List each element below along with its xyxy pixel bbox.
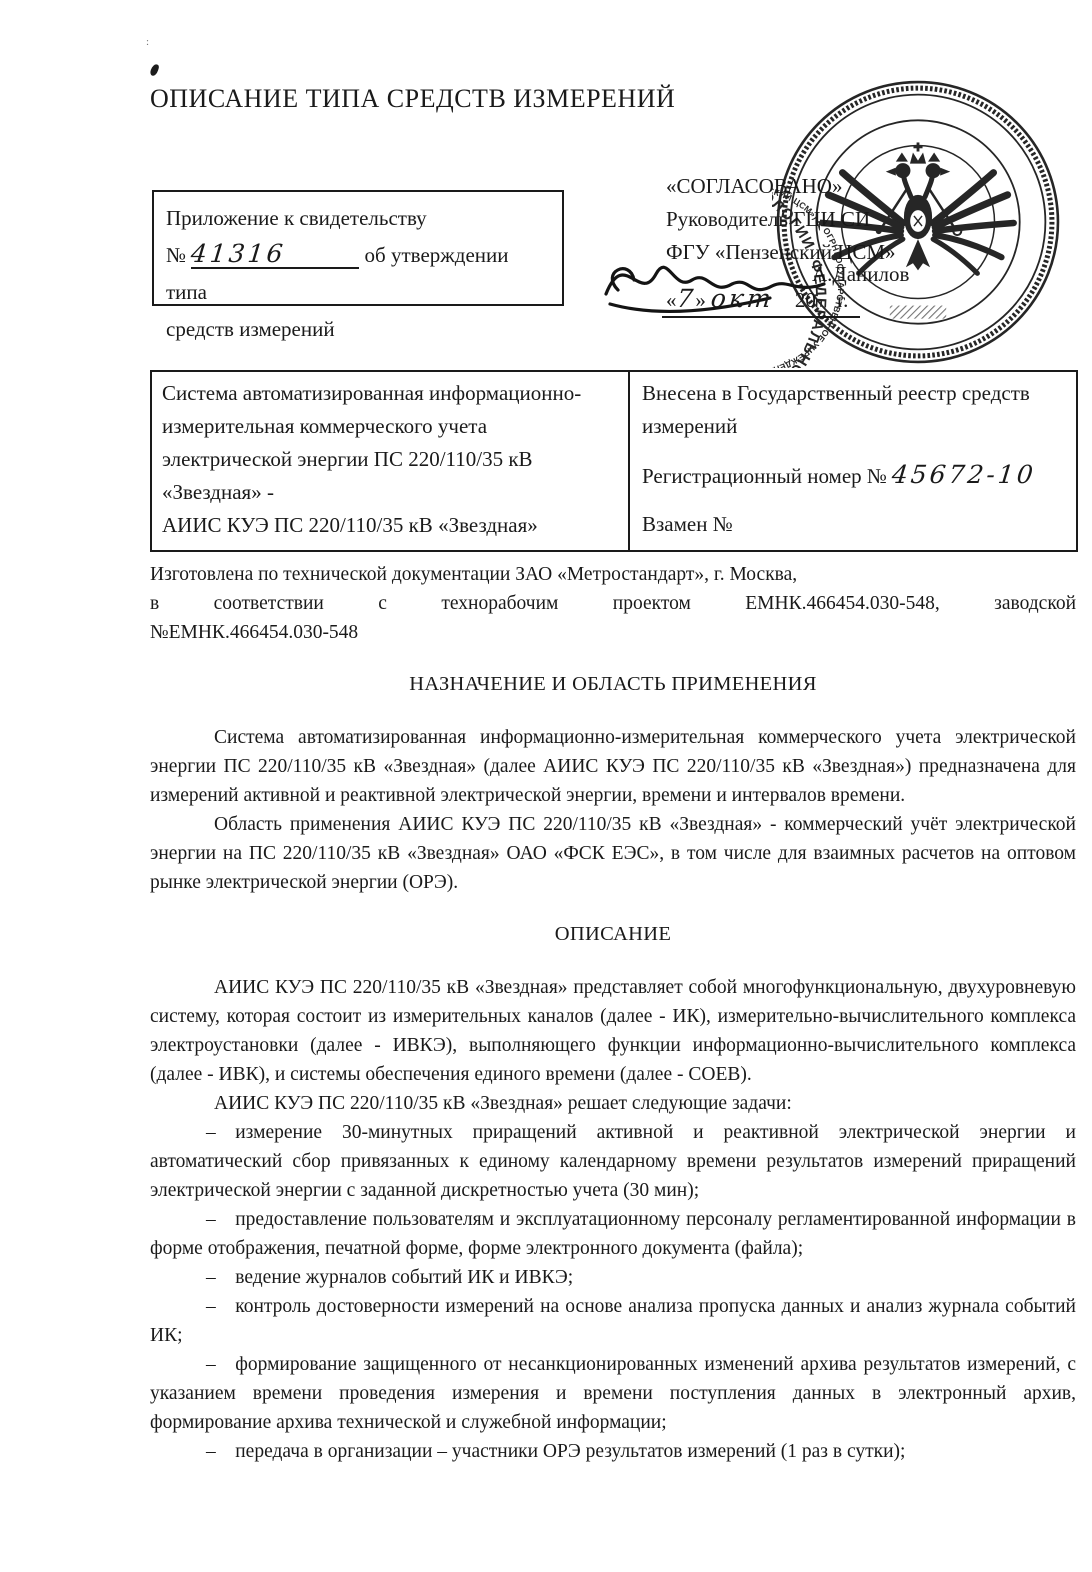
type-name-line: электрической энергии ПС 220/110/35 кВ <box>162 443 620 476</box>
document-body: Изготовлена по технической документации … <box>150 560 1076 1466</box>
registry-cell: Внесена в Государственный реестр средств… <box>630 372 1076 550</box>
manufactured-line1: Изготовлена по технической документации … <box>150 560 1076 589</box>
registry-table: Система автоматизированная информационно… <box>150 370 1078 552</box>
date-day-value: 7 <box>675 284 697 313</box>
registration-number-label: Регистрационный номер № <box>642 464 887 488</box>
document-page: { "doc": { "title": "ОПИСАНИЕ ТИПА СРЕДС… <box>0 0 1092 1572</box>
document-header: : ОПИСАНИЕ ТИПА СРЕДСТВ ИЗМЕРЕНИЙ Прилож… <box>0 0 1092 552</box>
section-heading-description: ОПИСАНИЕ <box>150 920 1076 949</box>
purpose-paragraph: Область применения АИИС КУЭ ПС 220/110/3… <box>150 810 1076 897</box>
description-paragraph: АИИС КУЭ ПС 220/110/35 кВ «Звездная» реш… <box>150 1089 1076 1118</box>
manufactured-line3: №ЕМНК.466454.030-548 <box>150 618 1076 647</box>
task-list-item: – ведение журналов событий ИК и ИВКЭ; <box>150 1263 1076 1292</box>
section-heading-purpose: НАЗНАЧЕНИЕ И ОБЛАСТЬ ПРИМЕНЕНИЯ <box>150 670 1076 699</box>
date-month-value: окт <box>710 284 776 313</box>
task-list-item: – предоставление пользователям и эксплуа… <box>150 1205 1076 1263</box>
type-name-line: измерительная коммерческого учета <box>162 410 620 443</box>
type-name-line: «Звездная» - <box>162 476 620 509</box>
double-eagle-icon <box>822 142 1013 273</box>
type-name-cell: Система автоматизированная информационно… <box>152 372 630 550</box>
registry-entered-text: Внесена в Государственный реестр средств… <box>642 377 1068 443</box>
certificate-number-field: 41316 <box>191 242 359 269</box>
replaces-number-label: Взамен № <box>642 508 1068 541</box>
task-list-item: – передача в организации – участники ОРЭ… <box>150 1437 1076 1466</box>
registration-number-value: 45672-10 <box>890 458 1037 491</box>
cert-box-line2: № 41316 об утверждении типа <box>166 237 550 311</box>
description-paragraph: АИИС КУЭ ПС 220/110/35 кВ «Звездная» пре… <box>150 973 1076 1089</box>
official-round-stamp: ФЕДЕРАЛЬНОЕ АГЕНТСТВО ПО ТЕХНИЧЕСКОМУ РЕ… <box>772 76 1064 368</box>
certificate-number-value: 41316 <box>190 242 287 266</box>
page-title: ОПИСАНИЕ ТИПА СРЕДСТВ ИЗМЕРЕНИЙ <box>150 84 675 114</box>
task-list-item: – контроль достоверности измерений на ос… <box>150 1292 1076 1350</box>
date-close-quote: » <box>695 288 706 312</box>
ink-speck-icon <box>149 63 159 77</box>
manufactured-line2: в соответствии с технорабочим проектом Е… <box>150 589 1076 618</box>
ink-speck-icon: : <box>146 36 149 48</box>
task-list-item: – измерение 30-минутных приращений актив… <box>150 1118 1076 1205</box>
task-list-item: – формирование защищенного от несанкцион… <box>150 1350 1076 1437</box>
cert-box-line1: Приложение к свидетельству <box>166 200 550 237</box>
stamp-hatched-box <box>890 306 946 319</box>
type-name-line: Система автоматизированная информационно… <box>162 377 620 410</box>
certificate-number-label: № <box>166 243 186 267</box>
certificate-annex-box: Приложение к свидетельству № 41316 об ут… <box>152 190 564 306</box>
registration-number-row: Регистрационный номер № 45672-10 <box>642 458 1068 493</box>
type-name-line: АИИС КУЭ ПС 220/110/35 кВ «Звездная» <box>162 509 620 542</box>
purpose-paragraph: Система автоматизированная информационно… <box>150 723 1076 810</box>
cert-box-line3: средств измерений <box>166 311 550 348</box>
